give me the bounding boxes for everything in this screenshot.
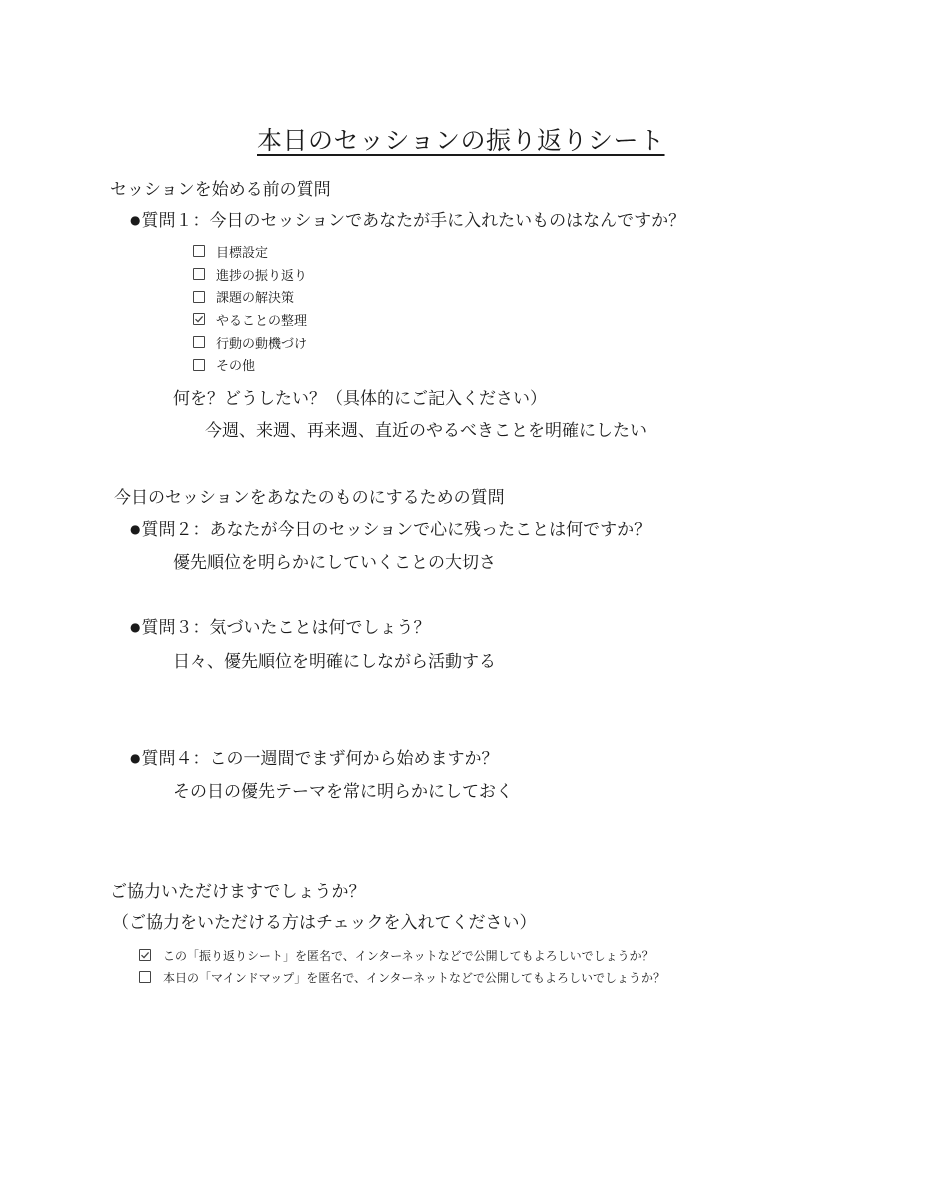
checkbox-unchecked-icon[interactable] [193,245,205,257]
checkbox-unchecked-icon[interactable] [139,971,151,983]
question-1-label: 質問１：今日のセッションであなたが手に入れたいものはなんですか？ [141,211,685,231]
option-problem-solution[interactable]: 課題の解決策 [193,285,307,308]
question-4-answer[interactable]: その日の優先テーマを常に明らかにしておく [173,777,513,802]
checkbox-unchecked-icon[interactable] [193,359,205,371]
consent-publish-mindmap[interactable]: 本日の「マインドマップ」を匿名で、インターネットなどで公開してもよろしいでしょう… [139,966,665,988]
checkbox-checked-icon[interactable] [139,949,151,961]
question-4: ●質問４：この一週間でまず何から始めますか？ [130,744,498,769]
q1-detail-prompt: 何を？どうしたい？（具体的にご記入ください） [173,384,547,409]
question-3-answer[interactable]: 日々、優先順位を明確にしながら活動する [173,647,496,672]
page-title: 本日のセッションの振り返りシート [257,121,665,157]
bullet-icon: ● [130,620,140,634]
question-4-label: 質問４：この一週間でまず何から始めますか？ [141,749,498,769]
option-label: 進捗の振り返り [216,265,307,284]
option-label: その他 [216,355,255,374]
question-2-answer[interactable]: 優先順位を明らかにしていくことの大切さ [173,548,496,573]
consent-heading: ご協力いただけますでしょうか？ [110,877,366,902]
consent-publish-sheet[interactable]: この「振り返りシート」を匿名で、インターネットなどで公開してもよろしいでしょうか… [139,944,665,966]
question-2: ●質問２：あなたが今日のセッションで心に残ったことは何ですか？ [130,515,651,540]
checkbox-unchecked-icon[interactable] [193,336,205,348]
option-label: 目標設定 [216,242,268,261]
option-goal-setting[interactable]: 目標設定 [193,240,307,263]
bullet-icon: ● [130,522,140,536]
question-3: ●質問３：気づいたことは何でしょう？ [130,613,430,638]
consent-note: （ご協力をいただける方はチェックを入れてください） [112,908,537,933]
section-heading-own-session: 今日のセッションをあなたのものにするための質問 [114,483,505,508]
consent-label: この「振り返りシート」を匿名で、インターネットなどで公開してもよろしいでしょうか… [163,947,654,964]
checkbox-unchecked-icon[interactable] [193,268,205,280]
consent-options-list: この「振り返りシート」を匿名で、インターネットなどで公開してもよろしいでしょうか… [139,944,665,988]
option-organize-tasks[interactable]: やることの整理 [193,308,307,331]
option-motivation[interactable]: 行動の動機づけ [193,331,307,354]
checkbox-checked-icon[interactable] [193,313,205,325]
q1-detail-answer[interactable]: 今週、来週、再来週、直近のやるべきことを明確にしたい [205,416,647,441]
bullet-icon: ● [130,213,140,227]
section-heading-before-session: セッションを始める前の質問 [110,175,331,200]
option-label: やることの整理 [216,310,307,329]
option-progress-review[interactable]: 進捗の振り返り [193,263,307,286]
consent-label: 本日の「マインドマップ」を匿名で、インターネットなどで公開してもよろしいでしょう… [163,969,665,986]
option-label: 行動の動機づけ [216,333,307,352]
question-3-label: 質問３：気づいたことは何でしょう？ [141,618,430,638]
bullet-icon: ● [130,751,140,765]
option-other[interactable]: その他 [193,353,307,376]
option-label: 課題の解決策 [216,287,294,306]
question-1: ●質問１：今日のセッションであなたが手に入れたいものはなんですか？ [130,206,685,231]
question-2-label: 質問２：あなたが今日のセッションで心に残ったことは何ですか？ [141,520,651,540]
checkbox-unchecked-icon[interactable] [193,291,205,303]
q1-options-list: 目標設定 進捗の振り返り 課題の解決策 やることの整理 行動の動機づけ その他 [193,240,307,376]
